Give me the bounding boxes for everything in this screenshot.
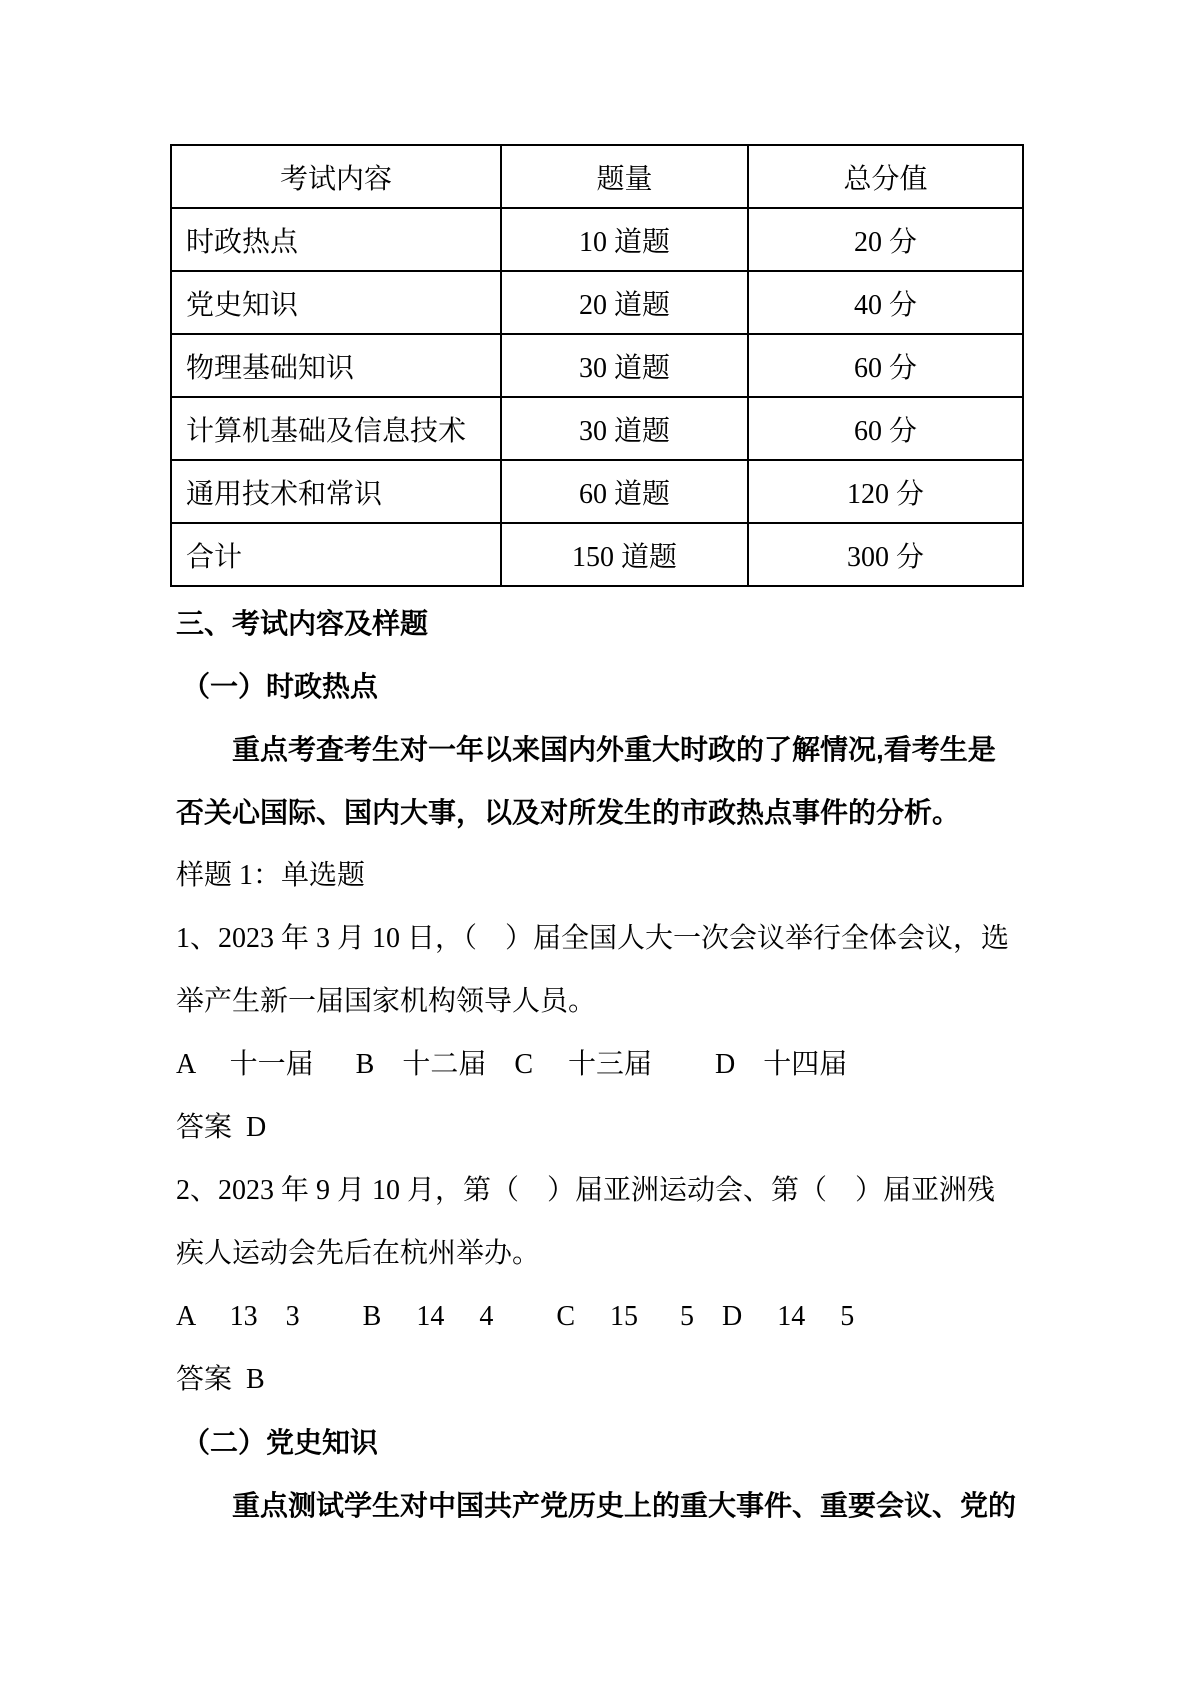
question-1-line2: 举产生新一届国家机构领导人员。: [176, 970, 1038, 1033]
paragraph-current-affairs-desc-line1: 重点考查考生对一年以来国内外重大时政的了解情况,看考生是: [176, 718, 1038, 781]
question-2-line2: 疾人运动会先后在杭州举办。: [176, 1222, 1038, 1285]
question-2-line1: 2、2023 年 9 月 10 月，第（ ）届亚洲运动会、第（ ）届亚洲残: [176, 1159, 1038, 1222]
question-2-options: A 13 3 B 14 4 C 15 5 D 14 5: [176, 1285, 1038, 1348]
question-1-line1: 1、2023 年 3 月 10 日，（ ）届全国人大一次会议举行全体会议，选: [176, 907, 1038, 970]
subsection-heading-1-current-affairs: （一）时政热点: [182, 655, 1038, 718]
cell-question-count: 20 道题: [501, 271, 748, 334]
cell-total-score: 40 分: [748, 271, 1023, 334]
cell-question-count: 30 道题: [501, 397, 748, 460]
cell-subject-total: 合计: [171, 523, 501, 586]
table-row: 党史知识 20 道题 40 分: [171, 271, 1023, 334]
cell-subject: 计算机基础及信息技术: [171, 397, 501, 460]
table-row: 计算机基础及信息技术 30 道题 60 分: [171, 397, 1023, 460]
cell-subject: 党史知识: [171, 271, 501, 334]
table-row: 物理基础知识 30 道题 60 分: [171, 334, 1023, 397]
question-1-answer: 答案 D: [176, 1096, 1038, 1159]
section-heading-3: 三、考试内容及样题: [176, 592, 1038, 655]
table-header-row: 考试内容 题量 总分值: [171, 145, 1023, 208]
cell-question-count: 60 道题: [501, 460, 748, 523]
cell-question-count: 30 道题: [501, 334, 748, 397]
cell-total-score-total: 300 分: [748, 523, 1023, 586]
cell-question-count: 10 道题: [501, 208, 748, 271]
subsection-heading-2-party-history: （二）党史知识: [182, 1411, 1038, 1474]
paragraph-party-history-desc-line1: 重点测试学生对中国共产党历史上的重大事件、重要会议、党的: [176, 1474, 1038, 1537]
paragraph-current-affairs-desc-line2: 否关心国际、国内大事，以及对所发生的市政热点事件的分析。: [176, 781, 1038, 844]
cell-subject: 时政热点: [171, 208, 501, 271]
table-row-total: 合计 150 道题 300 分: [171, 523, 1023, 586]
document-body: 三、考试内容及样题 （一）时政热点 重点考查考生对一年以来国内外重大时政的了解情…: [176, 592, 1038, 1537]
document-page: 考试内容 题量 总分值 时政热点 10 道题 20 分 党史知识 20 道题 4…: [0, 0, 1191, 1684]
question-1-options: A 十一届 B 十二届 C 十三届 D 十四届: [176, 1033, 1038, 1096]
cell-subject: 通用技术和常识: [171, 460, 501, 523]
cell-total-score: 60 分: [748, 334, 1023, 397]
table-row: 通用技术和常识 60 道题 120 分: [171, 460, 1023, 523]
cell-total-score: 120 分: [748, 460, 1023, 523]
table-row: 时政热点 10 道题 20 分: [171, 208, 1023, 271]
sample-question-label: 样题 1：单选题: [176, 844, 1038, 907]
cell-total-score: 60 分: [748, 397, 1023, 460]
column-header-total-score: 总分值: [748, 145, 1023, 208]
question-2-answer: 答案 B: [176, 1348, 1038, 1411]
cell-subject: 物理基础知识: [171, 334, 501, 397]
column-header-exam-content: 考试内容: [171, 145, 501, 208]
cell-question-count-total: 150 道题: [501, 523, 748, 586]
exam-structure-table: 考试内容 题量 总分值 时政热点 10 道题 20 分 党史知识 20 道题 4…: [170, 144, 1024, 587]
column-header-question-count: 题量: [501, 145, 748, 208]
cell-total-score: 20 分: [748, 208, 1023, 271]
